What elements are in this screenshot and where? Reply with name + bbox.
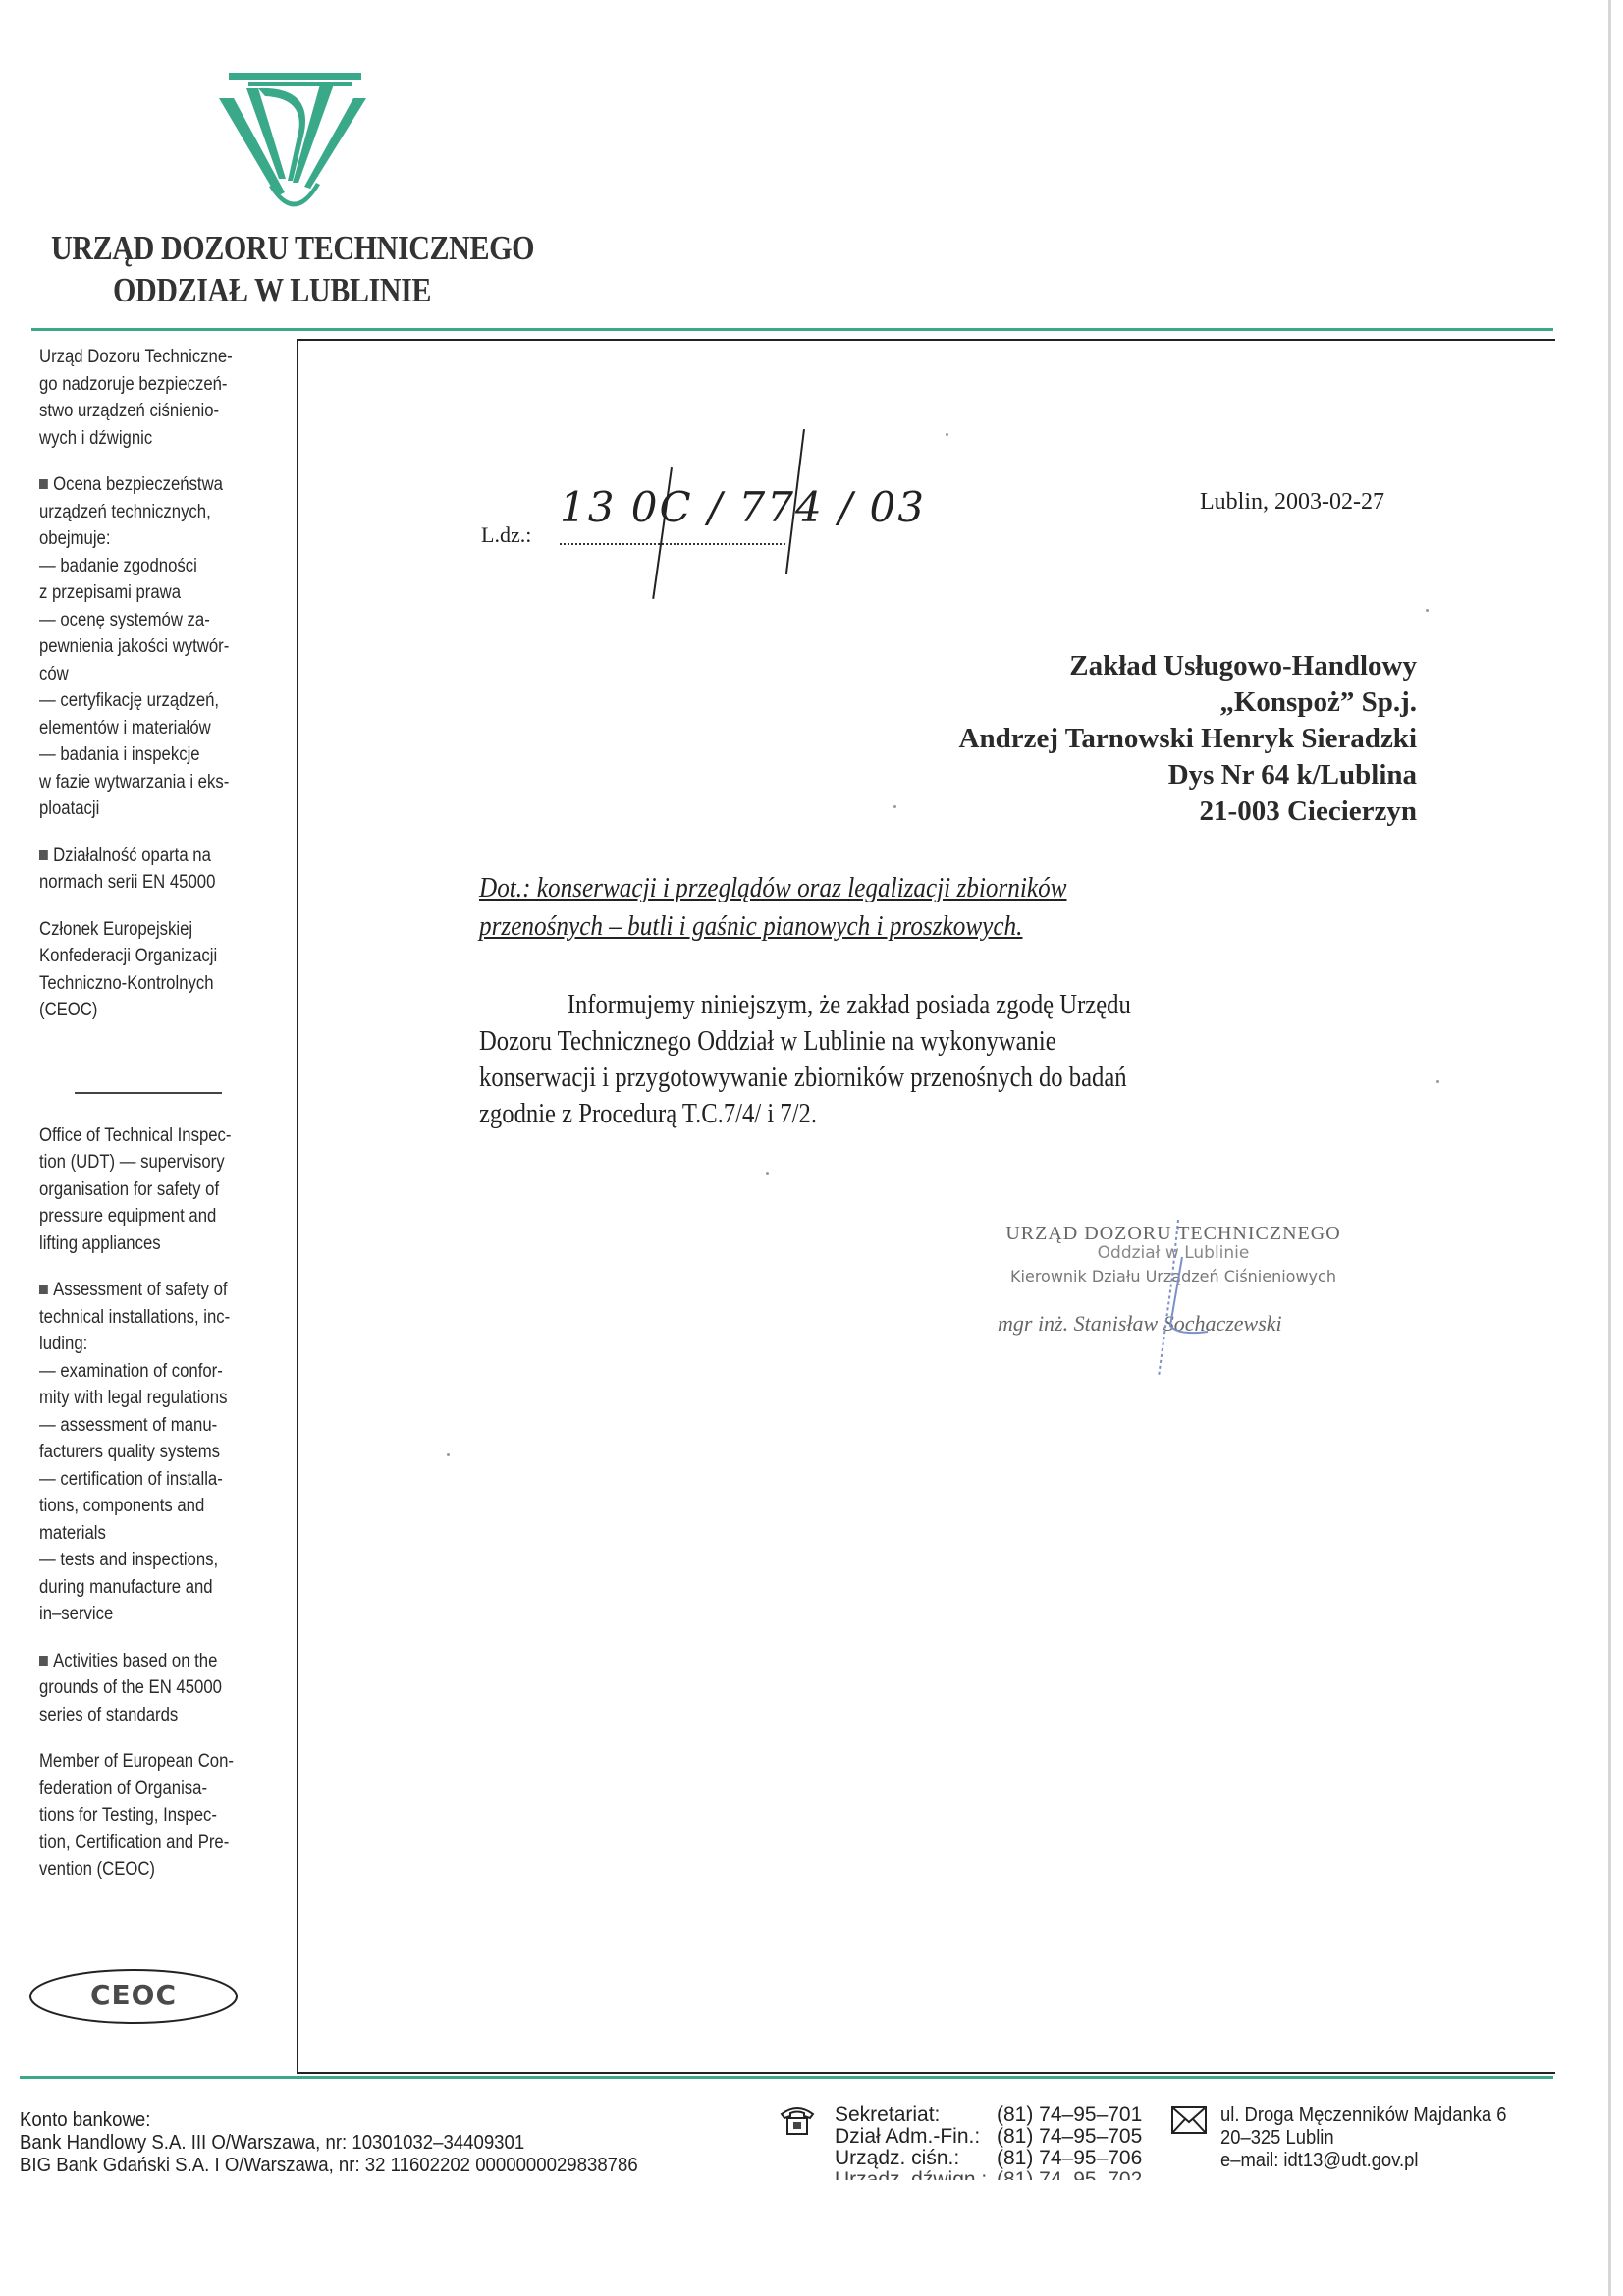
bullet-square-icon xyxy=(39,1285,48,1294)
text-line: Dys Nr 64 k/Lublina xyxy=(959,757,1417,793)
text-line: Ocena bezpieczeństwa xyxy=(39,471,253,499)
sidebar-en-standards: Activities based on thegrounds of the EN… xyxy=(39,1648,253,1729)
text-line: during manufacture and xyxy=(39,1574,253,1602)
text-line: pewnienia jakości wytwór- xyxy=(39,633,253,661)
text-line: — certification of installa- xyxy=(39,1466,253,1494)
sidebar-en-member: Member of European Con-federation of Org… xyxy=(39,1748,253,1884)
text-line: — ocenę systemów za- xyxy=(39,607,253,634)
text-line: — certyfikację urządzeń, xyxy=(39,687,253,715)
text-line: mity with legal regulations xyxy=(39,1385,253,1412)
text-line: ców xyxy=(39,661,253,688)
text-line: — badanie zgodności xyxy=(39,553,253,580)
sidebar-divider xyxy=(75,1092,222,1094)
bank-accounts: Konto bankowe: Bank Handlowy S.A. III O/… xyxy=(20,2109,638,2177)
text-line: — examination of confor- xyxy=(39,1358,253,1386)
phone-numbers: Sekretariat:(81) 74–95–701 Dział Adm.-Fi… xyxy=(835,2105,1142,2180)
text-line: federation of Organisa- xyxy=(39,1776,253,1803)
text-line: w fazie wytwarzania i eks- xyxy=(39,769,253,796)
text-line: konserwacji i przygotowywanie zbiorników… xyxy=(479,1060,1131,1096)
text-line: „Konspoż” Sp.j. xyxy=(959,684,1417,721)
text-line: przenośnych – butli i gaśnic pianowych i… xyxy=(479,907,1067,946)
text-line: materials xyxy=(39,1520,253,1548)
org-name-line2: ODDZIAŁ W LUBLINIE xyxy=(113,271,431,310)
place-date: Lublin, 2003-02-27 xyxy=(1200,489,1384,516)
letter-subject: Dot.: konserwacji i przeglądów oraz lega… xyxy=(479,869,1067,946)
text-line: Urząd Dozoru Techniczne- xyxy=(39,344,253,371)
text-line: urządzeń technicznych, xyxy=(39,499,253,526)
text-line: Dot.: konserwacji i przeglądów oraz lega… xyxy=(479,869,1067,907)
text-line: Zakład Usługowo-Handlowy xyxy=(959,648,1417,684)
text-line: technical installations, inc- xyxy=(39,1304,253,1332)
text-line: organisation for safety of xyxy=(39,1176,253,1204)
sidebar-pl-member: Członek EuropejskiejKonfederacji Organiz… xyxy=(39,916,253,1024)
scan-edge xyxy=(1608,0,1611,2296)
scan-speck xyxy=(1426,609,1429,612)
letter-frame xyxy=(297,339,1555,2074)
text-line: Informujemy niniejszym, że zakład posiad… xyxy=(479,987,1131,1023)
scan-speck xyxy=(893,805,896,808)
sidebar-en-assessment: Assessment of safety oftechnical install… xyxy=(39,1277,253,1628)
text-line: grounds of the EN 45000 xyxy=(39,1674,253,1702)
bank-account-1: Bank Handlowy S.A. III O/Warszawa, nr: 1… xyxy=(20,2132,638,2155)
text-line: in–service xyxy=(39,1601,253,1628)
text-line: — badania i inspekcje xyxy=(39,741,253,769)
scan-speck xyxy=(766,1172,769,1175)
scan-speck xyxy=(447,1453,450,1456)
reference-label: L.dz.: xyxy=(481,522,531,548)
text-line: tions for Testing, Inspec- xyxy=(39,1802,253,1830)
sidebar-en-intro: Office of Technical Inspec-tion (UDT) — … xyxy=(39,1122,253,1258)
bank-account-2: BIG Bank Gdański S.A. I O/Warszawa, nr: … xyxy=(20,2155,638,2177)
text-line: facturers quality systems xyxy=(39,1439,253,1466)
text-line: (CEOC) xyxy=(39,997,253,1024)
text-line: Dozoru Technicznego Oddział w Lublinie n… xyxy=(479,1023,1131,1060)
text-line: stwo urządzeń ciśnienio- xyxy=(39,398,253,425)
text-line: wych i dźwignic xyxy=(39,425,253,453)
sidebar-pl-standards: Działalność oparta nanormach serii EN 45… xyxy=(39,843,253,897)
phone-row: Urządz. ciśn.:(81) 74–95–706 xyxy=(835,2148,1142,2169)
text-line: Techniczno-Kontrolnych xyxy=(39,970,253,998)
bullet-square-icon xyxy=(39,479,48,489)
text-line: vention (CEOC) xyxy=(39,1856,253,1884)
sidebar-pl-intro: Urząd Dozoru Techniczne-go nadzoruje bez… xyxy=(39,344,253,452)
text-line: Działalność oparta na xyxy=(39,843,253,870)
text-line: normach serii EN 45000 xyxy=(39,869,253,897)
postal-address: ul. Droga Męczenników Majdanka 6 20–325 … xyxy=(1220,2105,1506,2172)
text-line: Konfederacji Organizacji xyxy=(39,943,253,970)
scan-speck xyxy=(1436,1080,1439,1083)
text-line: Activities based on the xyxy=(39,1648,253,1675)
address-city: 20–325 Lublin xyxy=(1220,2127,1506,2150)
udt-logo-icon xyxy=(214,63,371,210)
bullet-square-icon xyxy=(39,850,48,860)
sidebar-pl-assessment: Ocena bezpieczeństwaurządzeń technicznyc… xyxy=(39,471,253,823)
text-line: z przepisami prawa xyxy=(39,579,253,607)
bank-title: Konto bankowe: xyxy=(20,2109,638,2132)
text-line: luding: xyxy=(39,1331,253,1358)
address-street: ul. Droga Męczenników Majdanka 6 xyxy=(1220,2105,1506,2127)
text-line: Członek Europejskiej xyxy=(39,916,253,944)
contact-email: e–mail: idt13@udt.gov.pl xyxy=(1220,2150,1506,2172)
text-line: Office of Technical Inspec- xyxy=(39,1122,253,1150)
text-line: — assessment of manu- xyxy=(39,1412,253,1440)
text-line: elementów i materiałów xyxy=(39,715,253,742)
ceoc-logo-text: CEOC xyxy=(27,1979,240,2011)
phone-icon xyxy=(779,2105,816,2136)
org-name-line1: URZĄD DOZORU TECHNICZNEGO xyxy=(51,229,534,268)
text-line: tions, components and xyxy=(39,1493,253,1520)
phone-row: Dział Adm.-Fin.:(81) 74–95–705 xyxy=(835,2126,1142,2148)
text-line: Member of European Con- xyxy=(39,1748,253,1776)
text-line: lifting appliances xyxy=(39,1230,253,1258)
text-line: zgodnie z Procedurą T.C.7/4/ i 7/2. xyxy=(479,1096,1131,1132)
text-line: tion (UDT) — supervisory xyxy=(39,1149,253,1176)
text-line: Assessment of safety of xyxy=(39,1277,253,1304)
text-line: series of standards xyxy=(39,1702,253,1729)
footer-divider xyxy=(20,2076,1553,2079)
text-line: — tests and inspections, xyxy=(39,1547,253,1574)
phone-row: Sekretariat:(81) 74–95–701 xyxy=(835,2105,1142,2126)
bullet-square-icon xyxy=(39,1656,48,1666)
reference-number-handwritten: 13 0C / 774 / 03 xyxy=(560,483,926,531)
header-divider xyxy=(31,328,1553,331)
reference-dotted-line xyxy=(560,543,785,545)
text-line: Andrzej Tarnowski Henryk Sieradzki xyxy=(959,721,1417,757)
text-line: go nadzoruje bezpieczeń- xyxy=(39,371,253,399)
sidebar-info: Urząd Dozoru Techniczne-go nadzoruje bez… xyxy=(39,344,228,1903)
text-line: ploatacji xyxy=(39,795,253,823)
phone-row-cut: Urządz. dźwign.:(81) 74–95–702 xyxy=(835,2169,1142,2180)
text-line: 21-003 Ciecierzyn xyxy=(959,793,1417,830)
envelope-icon xyxy=(1171,2106,1207,2134)
letter-body: Informujemy niniejszym, że zakład posiad… xyxy=(479,987,1131,1132)
recipient-address: Zakład Usługowo-Handlowy„Konspoż” Sp.j.A… xyxy=(959,648,1417,830)
text-line: tion, Certification and Pre- xyxy=(39,1830,253,1857)
text-line: obejmuje: xyxy=(39,525,253,553)
signature-mark xyxy=(1149,1218,1227,1380)
scan-speck xyxy=(946,433,948,436)
text-line: pressure equipment and xyxy=(39,1203,253,1230)
